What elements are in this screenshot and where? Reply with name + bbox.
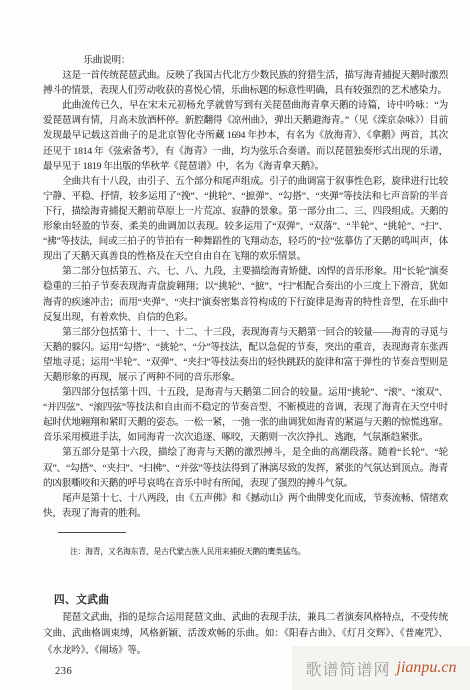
page-number: 236: [55, 666, 72, 677]
paragraph: 第四部分包括第十四、十五段，是海青与天鹅第二回合的较量。运用“挑轮”、“滚”、“…: [43, 385, 448, 445]
paragraph: 这是一首传统琵琶武曲。反映了我国古代北方少数民族的狩猎生活，描写海青捕捉天鹅时激…: [43, 68, 448, 98]
paragraph: 此曲流传已久，早在宋末元初杨允孚就曾写到有关琵琶曲海青拿天鹅的诗篇，诗中吟咏：“…: [43, 98, 448, 173]
watermark: 歌谱简谱网 jianpu.cn: [292, 646, 470, 690]
watermark-site-name: 歌谱简谱网: [305, 657, 390, 680]
paragraph: 尾声是第十七、十八两段，由《五声佛》和《撼动山》两个曲牌变化而成，节奏流畅、情绪…: [43, 491, 448, 521]
music-notes-label: 乐曲说明：: [43, 53, 448, 68]
article-body: 乐曲说明： 这是一首传统琵琶武曲。反映了我国古代北方少数民族的狩猎生活，描写海青…: [43, 53, 448, 531]
footnote-block: 注：海青，又名海东青，是古代蒙古族人民用来捕捉天鹅的鹰类猛鸟。: [43, 532, 448, 557]
section-heading: 四、文武曲: [54, 592, 448, 609]
footnote-divider: [58, 532, 126, 533]
footnote: 注：海青，又名海东青，是古代蒙古族人民用来捕捉天鹅的鹰类猛鸟。: [70, 547, 448, 557]
scanned-page: 乐曲说明： 这是一首传统琵琶武曲。反映了我国古代北方少数民族的狩猎生活，描写海青…: [0, 0, 470, 690]
watermark-site-url: jianpu.cn: [397, 659, 457, 677]
paragraph: 第五部分是第十六段，描绘了海青与天鹅的激烈搏斗，是全曲的高潮段落。随着“长轮”、…: [43, 445, 448, 490]
paragraph: 第三部分包括第十、十一、十二、十三段，表现海青与天鹅第一回合的较量——海青的寻觅…: [43, 325, 448, 385]
paragraph: 全曲共有十八段，由引子、五个部分和尾声组成。引子的曲调富于叙事性色彩，旋律进行比…: [43, 174, 448, 265]
paragraph: 第二部分包括第五、六、七、八、九段，主要描绘海青矫健、凶悍的音乐形象。用“长轮”…: [43, 264, 448, 324]
